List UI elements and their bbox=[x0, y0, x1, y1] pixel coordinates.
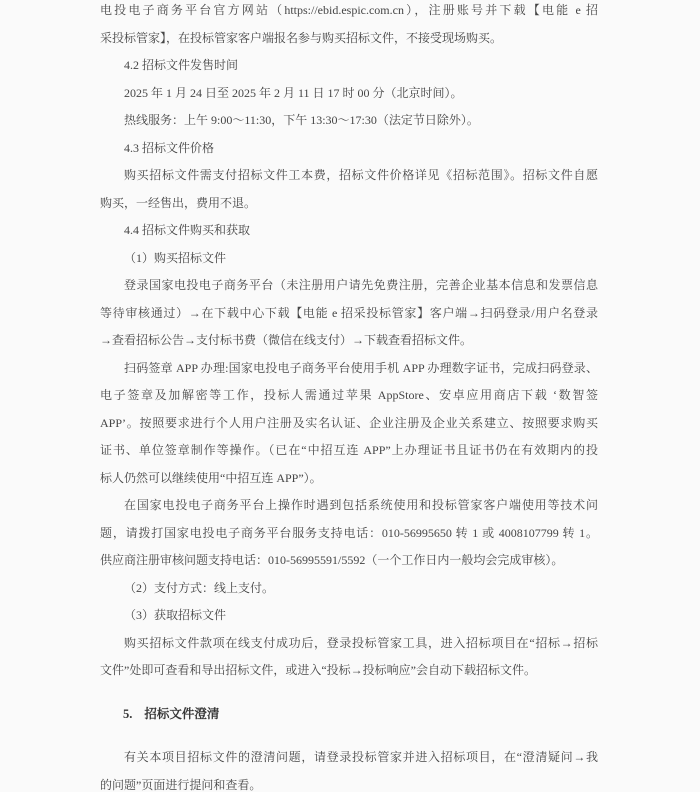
text-line: 题，请拨打国家电投电子商务平台服务支持电话：010-56995650 转 1 或… bbox=[100, 520, 598, 548]
item-obtain-documents: （3）获取招标文件 bbox=[100, 602, 598, 630]
text-line: 标人仍然可以继续使用“中招互连 APP”）。 bbox=[100, 465, 598, 493]
paragraph-clarification: 有关本项目招标文件的澄清问题，请登录投标管家并进入招标项目，在“澄清疑问→我 的… bbox=[100, 744, 598, 792]
text-line: 电子签章及加解密等工作，投标人需通过苹果 AppStore、安卓应用商店下载 ‘… bbox=[100, 382, 598, 410]
text-line: 在国家电投电子商务平台上操作时遇到包括系统使用和投标管家客户端使用等技术问 bbox=[100, 492, 598, 520]
section-heading-4-4: 4.4 招标文件购买和获取 bbox=[100, 217, 598, 245]
paragraph-hotline: 热线服务：上午 9:00～11:30，下午 13:30～17:30（法定节日除外… bbox=[100, 107, 598, 135]
text-line: 登录国家电投电子商务平台（未注册用户请先免费注册，完善企业基本信息和发票信息 bbox=[100, 272, 598, 300]
text-line: 电投电子商务平台官方网站（https://ebid.espic.com.cn），… bbox=[100, 0, 598, 25]
text-line: 供应商注册审核问题支持电话：010-56995591/5592（一个工作日内一般… bbox=[100, 547, 598, 575]
paragraph-purchase-steps: 登录国家电投电子商务平台（未注册用户请先免费注册，完善企业基本信息和发票信息 等… bbox=[100, 272, 598, 355]
text-line: 等待审核通过）→在下载中心下载【电能 e 招采投标管家】客户端→扫码登录/用户名… bbox=[100, 300, 598, 328]
text-line: 购买，一经售出，费用不退。 bbox=[100, 190, 598, 218]
section-heading-4-2: 4.2 招标文件发售时间 bbox=[100, 52, 598, 80]
paragraph-platform-registration: 电投电子商务平台官方网站（https://ebid.espic.com.cn），… bbox=[100, 0, 598, 52]
paragraph-obtain-steps: 购买招标文件款项在线支付成功后，登录投标管家工具，进入招标项目在“招标→招标 文… bbox=[100, 630, 598, 685]
text-line: 证书、单位签章制作等操作。（已在“中招互连 APP”上办理证书且证书仍在有效期内… bbox=[100, 437, 598, 465]
text-line: 有关本项目招标文件的澄清问题，请登录投标管家并进入招标项目，在“澄清疑问→我 bbox=[100, 744, 598, 772]
heading-title: 招标文件澄清 bbox=[144, 707, 219, 721]
document-body: 电投电子商务平台官方网站（https://ebid.espic.com.cn），… bbox=[100, 0, 598, 792]
text-line: 扫码签章 APP 办理:国家电投电子商务平台使用手机 APP 办理数字证书，完成… bbox=[100, 355, 598, 383]
document-page: { "page": { "background_color": "#fafafa… bbox=[0, 0, 700, 792]
paragraph-signature-app: 扫码签章 APP 办理:国家电投电子商务平台使用手机 APP 办理数字证书，完成… bbox=[100, 355, 598, 493]
text-line: 文件”处即可查看和导出招标文件，或进入“投标→投标响应”会自动下载招标文件。 bbox=[100, 657, 598, 685]
item-payment-method: （2）支付方式：线上支付。 bbox=[100, 575, 598, 603]
text-line: →查看招标公告→支付标书费（微信在线支付）→下载查看招标文件。 bbox=[100, 327, 598, 355]
item-heading-purchase: （1）购买招标文件 bbox=[100, 245, 598, 273]
section-heading-4-3: 4.3 招标文件价格 bbox=[100, 135, 598, 163]
heading-number: 5. bbox=[123, 707, 132, 721]
paragraph-support-phone: 在国家电投电子商务平台上操作时遇到包括系统使用和投标管家客户端使用等技术问 题，… bbox=[100, 492, 598, 575]
section-heading-5: 5.招标文件澄清 bbox=[100, 701, 598, 729]
text-line: 购买招标文件需支付招标文件工本费，招标文件价格详见《招标范围》。招标文件自愿 bbox=[100, 162, 598, 190]
text-line: 的问题”页面进行提问和查看。 bbox=[100, 772, 598, 792]
text-line: APP’。按照要求进行个人用户注册及实名认证、企业注册及企业关系建立、按照要求购… bbox=[100, 410, 598, 438]
paragraph-sale-period: 2025 年 1 月 24 日至 2025 年 2 月 11 日 17 时 00… bbox=[100, 80, 598, 108]
paragraph-document-price: 购买招标文件需支付招标文件工本费，招标文件价格详见《招标范围》。招标文件自愿 购… bbox=[100, 162, 598, 217]
text-line: 采投标管家】，在投标管家客户端报名参与购买招标文件，不接受现场购买。 bbox=[100, 25, 598, 53]
text-line: 购买招标文件款项在线支付成功后，登录投标管家工具，进入招标项目在“招标→招标 bbox=[100, 630, 598, 658]
